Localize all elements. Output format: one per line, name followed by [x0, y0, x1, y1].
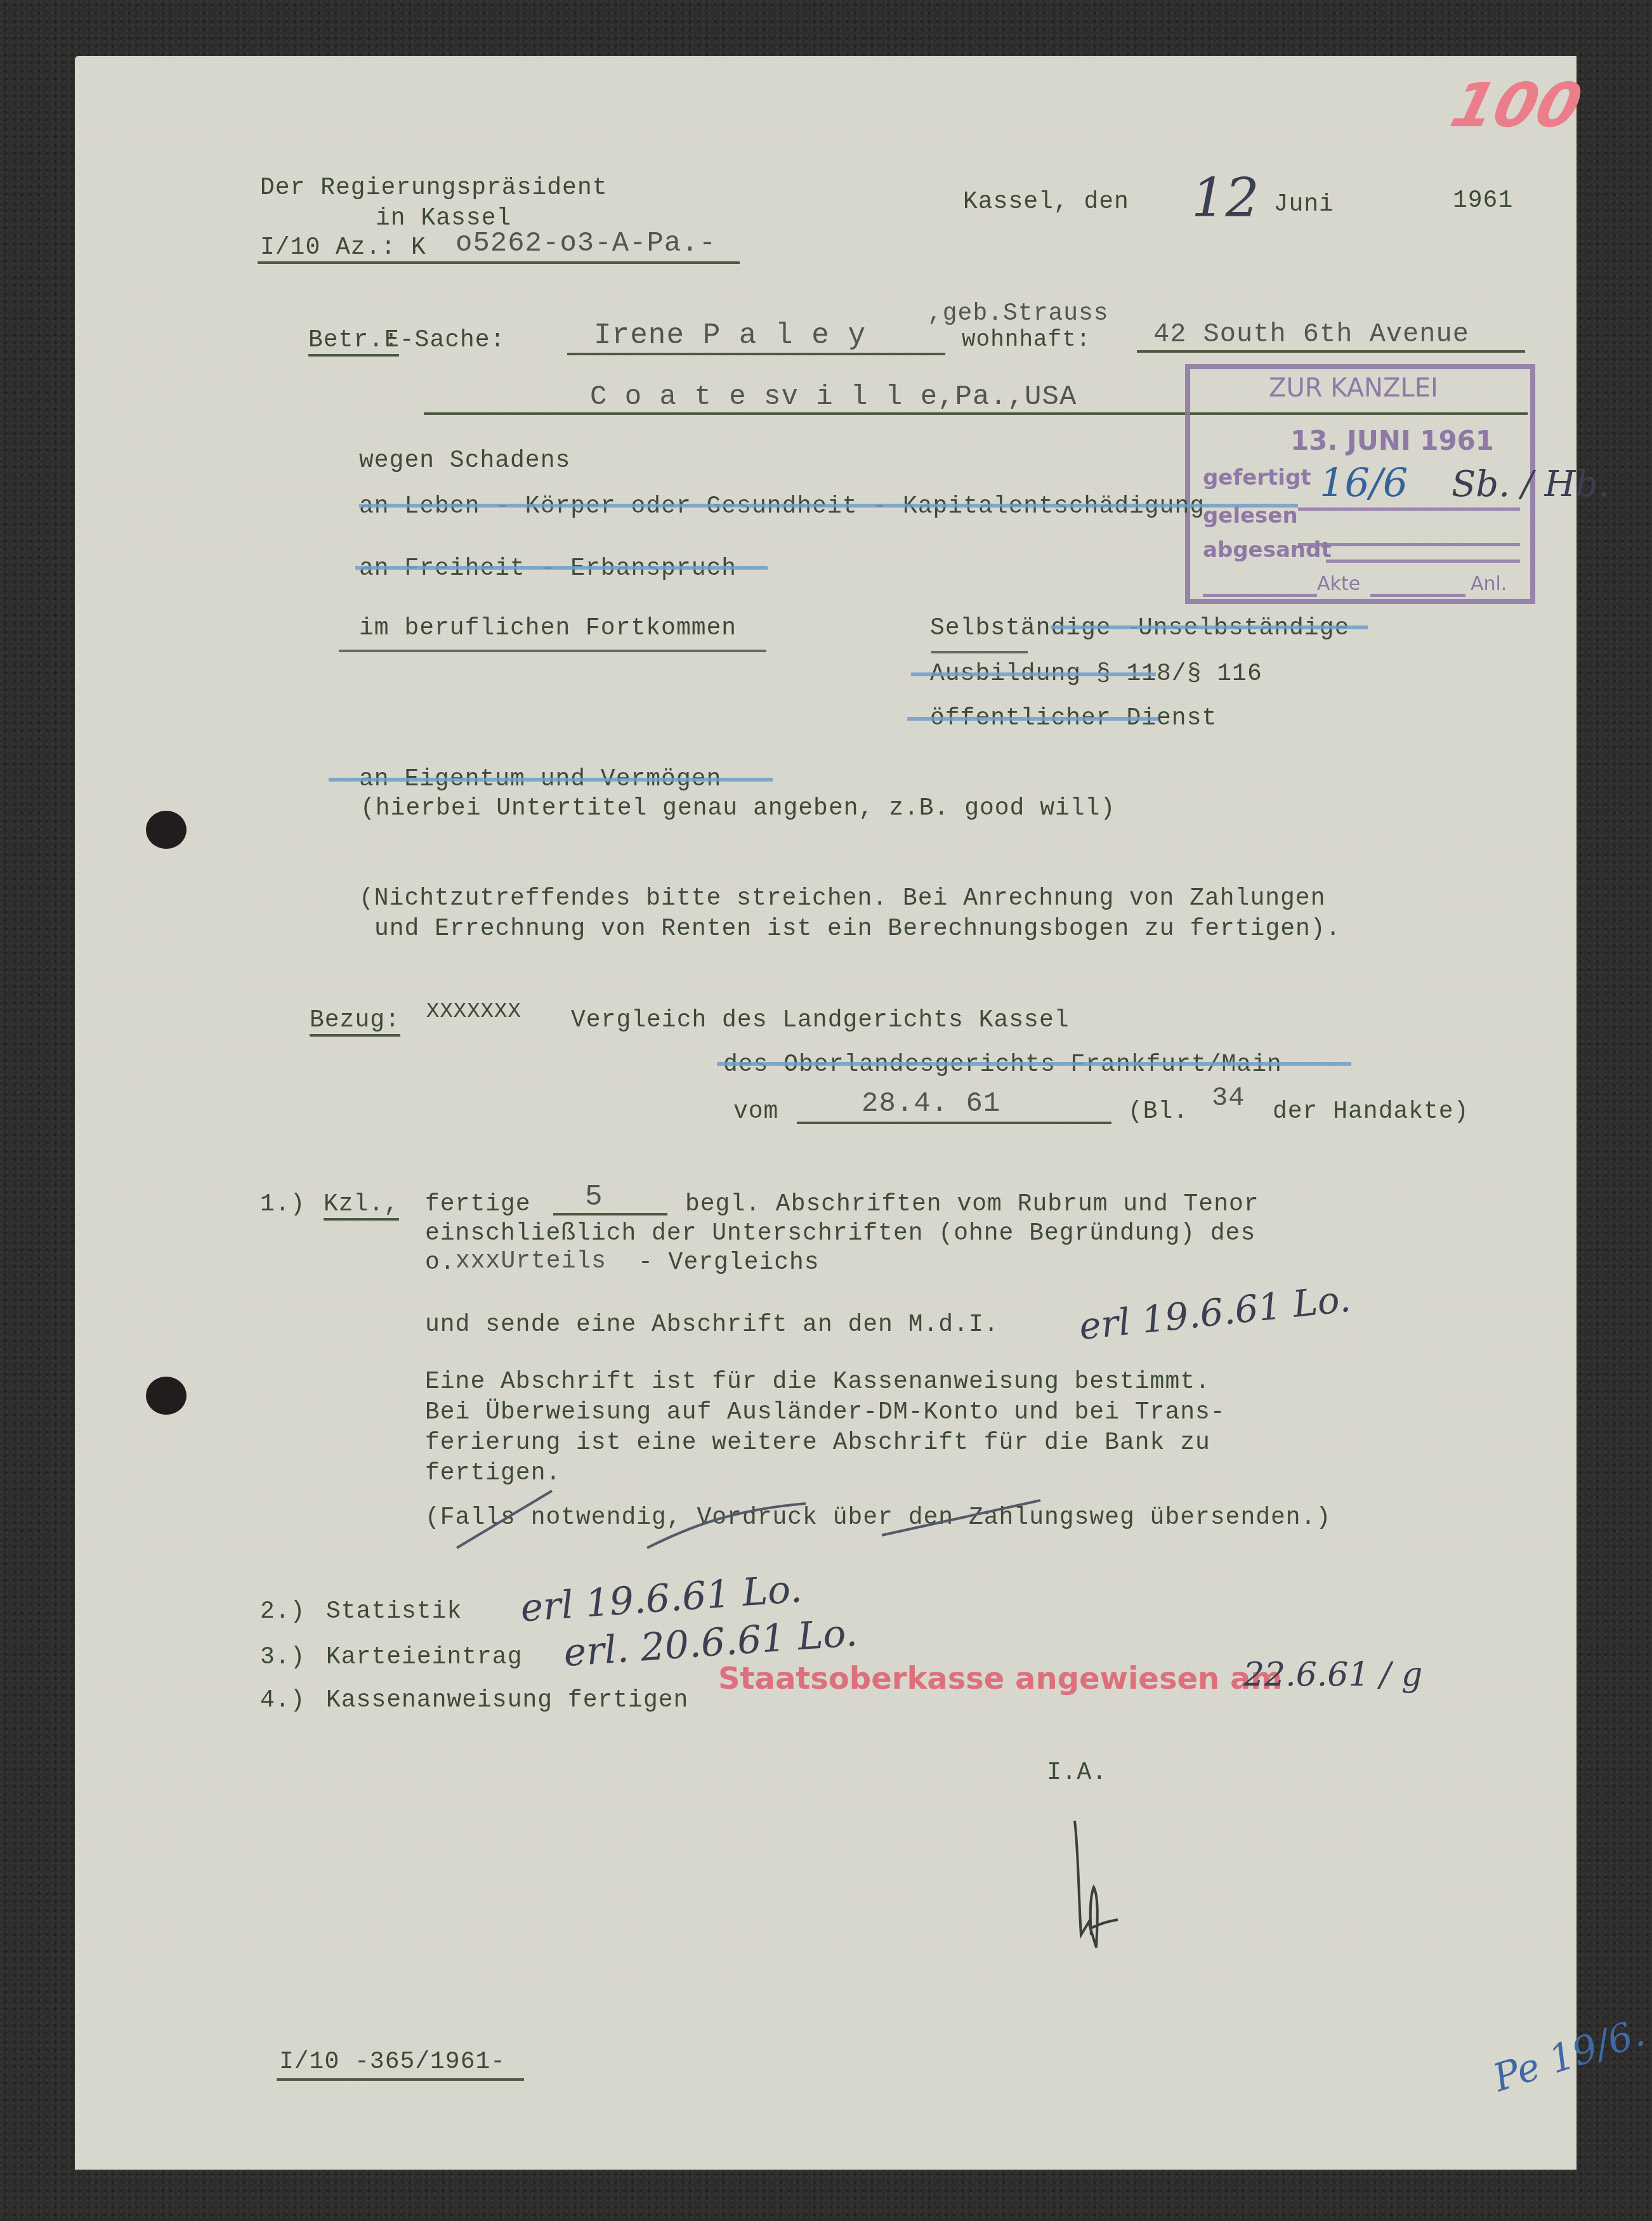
step3-number: 3.)	[260, 1646, 305, 1670]
reference-sheet-suffix: der Handakte)	[1273, 1100, 1469, 1124]
reference-text: Vergleich des Landgerichts Kassel	[571, 1009, 1070, 1033]
month: . Juni	[1243, 193, 1334, 217]
step2-label: Statistik	[326, 1600, 462, 1624]
reference-struck-word: XXXXXXX	[426, 1001, 521, 1023]
step1-para-line4: fertigen.	[425, 1462, 561, 1486]
reference-sheet-number: 34	[1212, 1085, 1245, 1111]
damage-intro: wegen Schadens	[359, 449, 570, 473]
step4-number: 4.)	[260, 1689, 305, 1713]
reference-date-value: 28.4. 61	[862, 1090, 1000, 1118]
step1-line3-struck: xxxUrteils	[456, 1250, 606, 1274]
name-underline	[567, 353, 945, 355]
step1-line1-b: begl. Abschriften vom Rubrum und Tenor	[685, 1193, 1259, 1217]
city: C o a t e sv i l l e,Pa.,USA	[590, 383, 1077, 411]
reference-sheet-prefix: (Bl.	[1128, 1100, 1188, 1124]
reference-date-underline	[797, 1122, 1111, 1124]
strike-line	[329, 778, 773, 782]
subtitle-hint: (hierbei Untertitel genau angeben, z.B. …	[360, 797, 1115, 821]
stamp-rule	[1326, 560, 1520, 563]
instruction-line2: und Errechnung von Renten ist ein Berech…	[374, 917, 1341, 941]
street-address: 42 South 6th Avenue	[1153, 321, 1469, 348]
step1-para-line3: ferierung ist eine weitere Abschrift für…	[425, 1431, 1210, 1455]
stamp-row-abgesandt: abgesandt	[1203, 539, 1332, 561]
file-ref-number: o5262-o3-A-Pa.-	[456, 230, 716, 258]
strike-line	[1051, 626, 1368, 629]
stamp-row-gefertigt: gefertigt	[1203, 467, 1311, 488]
step1-label: Kzl.,	[324, 1193, 399, 1221]
street-underline	[1137, 350, 1525, 353]
authority-line1: Der Regierungspräsident	[260, 176, 608, 200]
step1-send-line: und sende eine Abschrift an den M.d.I.	[425, 1313, 999, 1337]
staatsoberkasse-date: 22.6.61 / g	[1243, 1658, 1422, 1691]
step1-line3-prefix: o.	[425, 1251, 456, 1275]
punch-hole	[146, 811, 187, 849]
stamp-row-gefertigt-date: 16/6	[1320, 463, 1408, 502]
selbstaendige-underline	[931, 651, 1028, 653]
footer-reference: I/10 -365/1961-	[279, 2050, 506, 2074]
step1-para-line1: Eine Abschrift ist für die Kassenanweisu…	[425, 1370, 1210, 1394]
signature-label: I.A.	[1047, 1761, 1107, 1785]
header-underline	[258, 261, 740, 264]
reference-label: Bezug:	[310, 1009, 400, 1037]
file-ref-prefix: I/10 Az.: K	[260, 236, 426, 260]
copies-underline	[553, 1213, 667, 1215]
career-underline	[339, 650, 766, 652]
strike-line	[717, 1062, 1351, 1066]
step3-label: Karteieintrag	[326, 1646, 522, 1670]
strike-line	[359, 504, 1298, 508]
residence-label: wohnhaft:	[962, 329, 1091, 351]
damage-option-career: im beruflichen Fortkommen	[359, 617, 737, 641]
step4-label: Kassenanweisung fertigen	[326, 1689, 688, 1713]
instruction-line1: (Nichtzutreffendes bitte streichen. Bei …	[359, 887, 1325, 911]
place-label: Kassel, den	[963, 190, 1129, 214]
stamp-rule	[1370, 594, 1465, 597]
step1-copies: 5	[585, 1183, 603, 1212]
reference-date-label: vom	[733, 1100, 778, 1124]
stamp-rule	[1203, 594, 1317, 597]
strike-line	[907, 717, 1158, 721]
strike-line	[911, 672, 1156, 676]
step1-line3-suffix: - Vergleichs	[638, 1251, 820, 1275]
stamp-date: 13. JUNI 1961	[1290, 428, 1494, 454]
step1-number: 1.)	[260, 1193, 305, 1217]
claimant-name: Irene P a l e y	[594, 321, 866, 350]
step1-line2: einschließlich der Unterschriften (ohne …	[425, 1222, 1255, 1246]
stamp-row-gelesen: gelesen	[1203, 505, 1298, 527]
staatsoberkasse-stamp: Staatsoberkasse angewiesen am	[718, 1663, 1282, 1694]
stamp-title: ZUR KANZLEI	[1269, 376, 1438, 401]
stamp-akte: Akte	[1317, 575, 1360, 594]
stamp-anl: Anl.	[1471, 575, 1507, 594]
stamp-row-gefertigt-initials: Sb. / Hb.	[1452, 467, 1609, 502]
folio-number: 100	[1444, 70, 1589, 141]
year: 1961	[1453, 189, 1513, 213]
step1-line1-a: fertige	[425, 1193, 531, 1217]
step1-para-line2: Bei Überweisung auf Ausländer-DM-Konto u…	[425, 1401, 1226, 1425]
born-name: ,geb.Strauss	[928, 302, 1109, 326]
strike-line	[355, 566, 768, 570]
handwritten-strike-marks	[444, 1484, 1332, 1554]
step2-number: 2.)	[260, 1600, 305, 1624]
case-type: E-Sache:	[384, 329, 505, 353]
footer-underline	[277, 2078, 524, 2081]
signature-mark-icon	[1066, 1814, 1142, 1954]
stamp-rule	[1298, 508, 1520, 511]
punch-hole	[146, 1377, 187, 1415]
